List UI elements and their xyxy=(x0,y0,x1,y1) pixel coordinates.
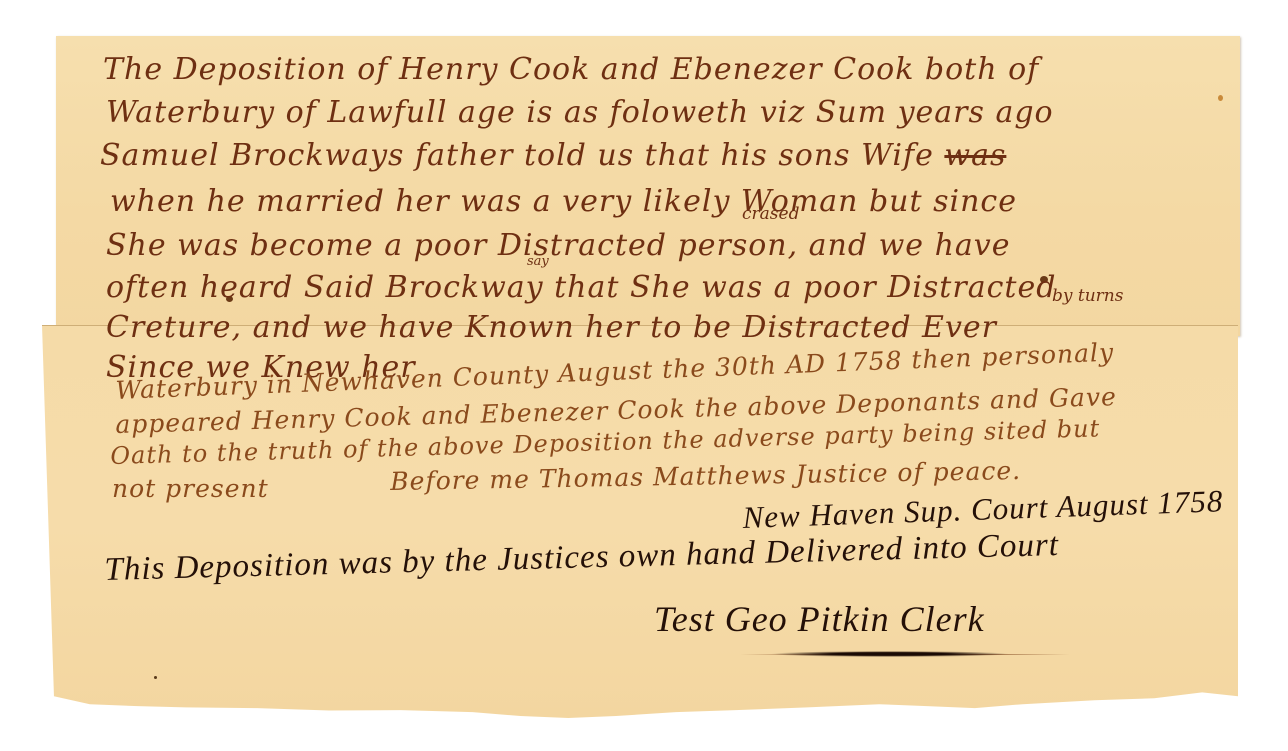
struck-word: was xyxy=(944,138,1006,173)
deposition-line: Samuel Brockways father told us that his… xyxy=(100,138,1006,173)
paper-stain xyxy=(1218,95,1223,101)
deposition-line: Creture, and we have Known her to be Dis… xyxy=(106,310,997,345)
deposition-line: when he married her was a very likely Wo… xyxy=(110,184,1017,219)
signature-flourish xyxy=(770,651,1010,657)
jurat-line: not present xyxy=(112,474,269,503)
deposition-line: Waterbury of Lawfull age is as foloweth … xyxy=(106,95,1054,130)
interlineation-say: say xyxy=(527,254,549,269)
interlineation-crased: crased xyxy=(742,204,799,224)
deposition-line: The Deposition of Henry Cook and Ebeneze… xyxy=(103,52,1039,87)
interlineation-by-turns: by turns xyxy=(1052,286,1123,306)
clerk-attestation: Test Geo Pitkin Clerk xyxy=(654,598,985,640)
deposition-line: often heard Said Brockway that She was a… xyxy=(106,270,1056,305)
deposition-line-text: Samuel Brockways father told us that his… xyxy=(100,138,934,173)
paper-speck xyxy=(154,676,157,679)
deposition-line: She was become a poor Distracted person,… xyxy=(106,228,1011,263)
